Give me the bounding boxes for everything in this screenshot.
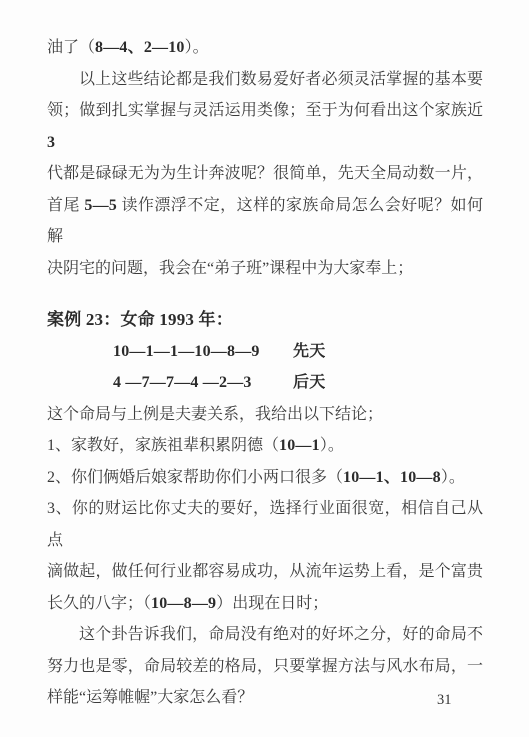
text-run: 后天 xyxy=(293,374,325,391)
text-line: 这个卦告诉我们，命局没有绝对的好坏之分，好的命局不 xyxy=(47,619,483,651)
text-line: 领；做到扎实掌握与灵活运用类像；至于为何看出这个家族近 3 xyxy=(47,95,483,158)
text-run: 努力也是零，命局较差的格局，只要掌握方法与风水布局，一 xyxy=(47,658,483,675)
text-run: 2、你们俩婚后娘家帮助你们小两口很多（ xyxy=(47,469,343,486)
text-run: 长久的八字；（ xyxy=(47,595,151,612)
text-run: 1、家教好，家族祖辈积累阴德（ xyxy=(47,437,279,454)
text-run: 决阴宅的问题，我会在“弟子班”课程中为大家奉上； xyxy=(47,260,413,277)
text-run: 10—1 xyxy=(279,437,320,454)
text-run: ）。 xyxy=(185,39,209,56)
text-run: 先天 xyxy=(293,343,325,360)
case-heading: 案例 23：女命 1993 年： xyxy=(47,304,483,336)
text-run: ）。 xyxy=(320,437,344,454)
text-run: 样能“运筹帷幄”大家怎么看？ xyxy=(47,689,253,706)
text-run: ）。 xyxy=(441,469,465,486)
text-line: 滴做起，做任何行业都容易成功，从流年运势上看，是个富贵 xyxy=(47,556,483,588)
text-line: 首尾 5—5 读作漂浮不定，这样的家族命局怎么会好呢？如何解 xyxy=(47,190,483,253)
text-run: 8—4、2—10 xyxy=(95,39,185,56)
text-line: 努力也是零，命局较差的格局，只要掌握方法与风水布局，一 xyxy=(47,651,483,683)
text-run: 这个命局与上例是夫妻关系，我给出以下结论； xyxy=(47,406,383,423)
text-line: 代都是碌碌无为为生计奔波呢？很简单，先天全局动数一片， xyxy=(47,158,483,190)
text-run: 这个卦告诉我们，命局没有绝对的好坏之分，好的命局不 xyxy=(79,626,483,643)
text-run: 10—1—1—10—8—9 xyxy=(113,336,293,368)
text-run: ）出现在日时； xyxy=(216,595,328,612)
text-run: 以上这些结论都是我们数易爱好者必须灵活掌握的基本要 xyxy=(79,71,483,88)
list-item: 1、家教好，家族祖辈积累阴德（10—1）。 xyxy=(47,430,483,462)
page-number: 31 xyxy=(437,692,452,709)
text-run: 领；做到扎实掌握与灵活运用类像；至于为何看出这个家族近 xyxy=(47,102,483,119)
text-run: 5—5 xyxy=(84,197,117,214)
text-run: 10—8—9 xyxy=(151,595,216,612)
text-run: 首尾 xyxy=(47,197,84,214)
text-line: 这个命局与上例是夫妻关系，我给出以下结论； xyxy=(47,399,483,431)
birth-chart-line-acquired: 4 —7—7—4 —2—3后天 xyxy=(47,367,483,399)
text-line: 样能“运筹帷幄”大家怎么看？ xyxy=(47,682,483,714)
text-run: 3 xyxy=(47,134,55,151)
text-run: 3、你的财运比你丈夫的要好，选择行业面很宽，相信自己从点 xyxy=(47,500,483,549)
text-run: 油了（ xyxy=(47,39,95,56)
text-line: 决阴宅的问题，我会在“弟子班”课程中为大家奉上； xyxy=(47,253,483,285)
list-item: 2、你们俩婚后娘家帮助你们小两口很多（10—1、10—8）。 xyxy=(47,462,483,494)
document-body: 油了（8—4、2—10）。以上这些结论都是我们数易爱好者必须灵活掌握的基本要领；… xyxy=(47,32,483,714)
birth-chart-line-innate: 10—1—1—10—8—9先天 xyxy=(47,336,483,368)
text-line: 油了（8—4、2—10）。 xyxy=(47,32,483,64)
text-run: 代都是碌碌无为为生计奔波呢？很简单，先天全局动数一片， xyxy=(47,165,483,182)
text-run: 滴做起，做任何行业都容易成功，从流年运势上看，是个富贵 xyxy=(47,563,483,580)
text-line: 长久的八字；（10—8—9）出现在日时； xyxy=(47,588,483,620)
document-page: 油了（8—4、2—10）。以上这些结论都是我们数易爱好者必须灵活掌握的基本要领；… xyxy=(0,0,529,737)
list-item: 3、你的财运比你丈夫的要好，选择行业面很宽，相信自己从点 xyxy=(47,493,483,556)
text-run: 10—1、10—8 xyxy=(343,469,441,486)
text-run: 案例 23：女命 1993 年： xyxy=(47,310,233,329)
text-run: 4 —7—7—4 —2—3 xyxy=(113,367,293,399)
text-line: 以上这些结论都是我们数易爱好者必须灵活掌握的基本要 xyxy=(47,64,483,96)
